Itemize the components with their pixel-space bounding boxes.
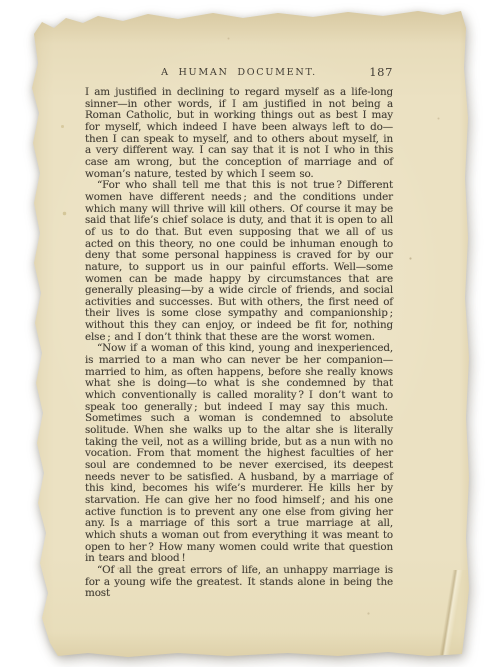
paragraph-1: I am justified in declining to regard my… (85, 87, 393, 180)
page-shadow: A HUMAN DOCUMENT. 187 I am justified in … (0, 0, 500, 667)
fold-crease (434, 570, 472, 658)
paragraph-4: “Of all the great errors of life, an unh… (85, 565, 393, 600)
paragraph-3: “Now if a woman of this kind, young and … (85, 343, 393, 564)
paragraph-2: “For who shall tell me that this is not … (85, 180, 393, 343)
page-text: I am justified in declining to regard my… (85, 87, 393, 600)
paper-specks (28, 8, 29, 9)
running-header: A HUMAN DOCUMENT. (85, 67, 393, 78)
book-page: A HUMAN DOCUMENT. 187 I am justified in … (28, 8, 472, 658)
scanned-book-page-photo: A HUMAN DOCUMENT. 187 I am justified in … (0, 0, 500, 667)
page-number: 187 (369, 65, 393, 79)
running-header-row: A HUMAN DOCUMENT. 187 (85, 67, 393, 81)
